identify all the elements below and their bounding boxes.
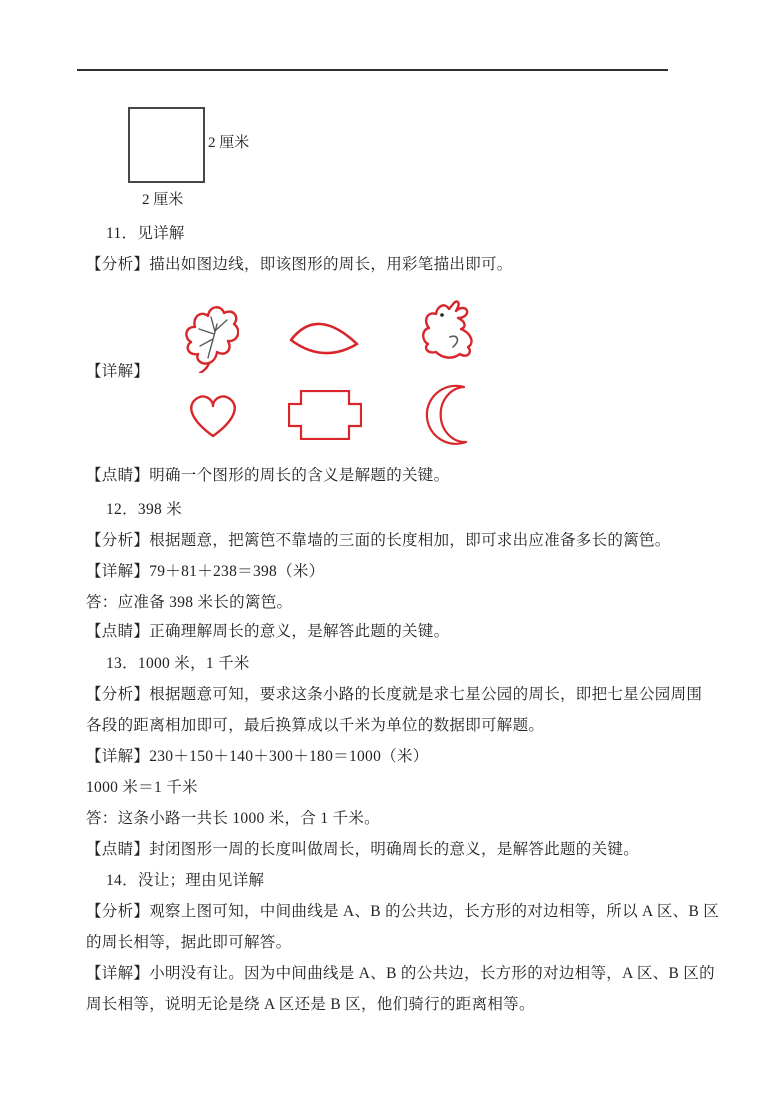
q13-answer: 13．1000 米，1 千米: [106, 654, 250, 673]
q13-conversion: 1000 米＝1 千米: [86, 778, 198, 797]
square-side-label-right: 2 厘米: [208, 131, 249, 152]
plus-tag-icon: [288, 390, 362, 440]
q11-answer: 11．见详解: [106, 224, 185, 243]
q11-analysis: 【分析】描出如图边线，即该图形的周长，用彩笔描出即可。: [86, 255, 513, 274]
q12-answer: 12．398 米: [106, 500, 182, 519]
q12-analysis: 【分析】根据题意，把篱笆不靠墙的三面的长度相加，即可求出应准备多长的篱笆。: [86, 531, 671, 550]
q14-detail-line2: 周长相等，说明无论是绕 A 区还是 B 区，他们骑行的距离相等。: [86, 995, 535, 1014]
worksheet-answer-page: 2 厘米 2 厘米 11．见详解 【分析】描出如图边线，即该图形的周长，用彩笔描…: [0, 0, 780, 1103]
rabbit-icon: [419, 300, 481, 362]
maple-leaf-icon: [183, 301, 239, 373]
page-divider-line: [77, 69, 668, 71]
leaf-icon: [289, 312, 361, 360]
square-side-label-bottom: 2 厘米: [142, 188, 183, 209]
q11-tip: 【点睛】明确一个图形的周长的含义是解题的关键。: [86, 466, 449, 485]
crescent-moon-icon: [424, 384, 468, 446]
square-figure: [128, 107, 205, 183]
q14-analysis-line2: 的周长相等，据此即可解答。: [86, 933, 291, 952]
q13-detail: 【详解】230＋150＋140＋300＋180＝1000（米）: [86, 747, 429, 766]
q12-tip: 【点睛】正确理解周长的意义，是解答此题的关键。: [86, 622, 449, 641]
q14-detail-line1: 【详解】小明没有让。因为中间曲线是 A、B 的公共边，长方形的对边相等，A 区、…: [86, 964, 715, 983]
q13-answer-sentence: 答：这条小路一共长 1000 米，合 1 千米。: [86, 809, 380, 828]
q13-analysis-line1: 【分析】根据题意可知，要求这条小路的长度就是求七星公园的周长，即把七星公园周围: [86, 685, 702, 704]
q13-tip: 【点睛】封闭图形一周的长度叫做周长，明确周长的意义，是解答此题的关键。: [86, 840, 639, 859]
q11-detail-label: 【详解】: [86, 362, 149, 381]
q13-analysis-line2: 各段的距离相加即可，最后换算成以千米为单位的数据即可解题。: [86, 716, 544, 735]
heart-icon: [184, 391, 242, 439]
q12-answer-sentence: 答：应准备 398 米长的篱笆。: [86, 593, 292, 612]
q14-answer: 14．没让；理由见详解: [106, 871, 264, 890]
q14-analysis-line1: 【分析】观察上图可知，中间曲线是 A、B 的公共边，长方形的对边相等，所以 A …: [86, 902, 719, 921]
q12-detail: 【详解】79＋81＋238＝398（米）: [86, 562, 325, 581]
